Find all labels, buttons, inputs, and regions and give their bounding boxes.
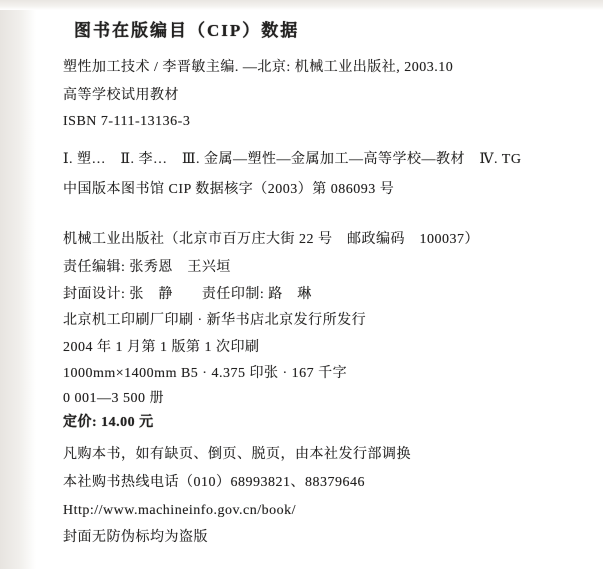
- responsible-editors-line: 责任编辑: 张秀恩 王兴垣: [63, 259, 231, 277]
- cip-heading: 图书在版编目（CIP）数据: [74, 20, 299, 42]
- cip-classification-line: Ⅰ. 塑… Ⅱ. 李… Ⅲ. 金属—塑性—金属加工—高等学校—教材 Ⅳ. TG: [63, 151, 521, 169]
- cip-series-line: 高等学校试用教材: [63, 87, 179, 105]
- scan-edge-left: [0, 0, 36, 569]
- publisher-address-line: 机械工业出版社（北京市百万庄大街 22 号 邮政编码 100037）: [63, 231, 479, 249]
- cip-record-number-line: 中国版本图书馆 CIP 数据核字（2003）第 086093 号: [63, 181, 394, 199]
- format-sheets-line: 1000mm×1400mm B5 · 4.375 印张 · 167 千字: [63, 365, 347, 383]
- print-run-line: 0 001—3 500 册: [63, 390, 164, 408]
- cover-design-print-line: 封面设计: 张 静 责任印制: 路 琳: [63, 286, 312, 304]
- scan-edge-top: [0, 0, 603, 10]
- website-line: Http://www.machineinfo.gov.cn/book/: [63, 502, 296, 520]
- edition-impression-line: 2004 年 1 月第 1 版第 1 次印刷: [63, 339, 260, 357]
- printer-distributor-line: 北京机工印刷厂印刷 · 新华书店北京发行所发行: [63, 312, 366, 330]
- book-copyright-page: 图书在版编目（CIP）数据 塑性加工技术 / 李晋敏主编. —北京: 机械工业出…: [0, 0, 603, 569]
- cip-isbn-line: ISBN 7-111-13136-3: [63, 113, 190, 131]
- antipiracy-line: 封面无防伪标均为盗版: [63, 529, 208, 547]
- price-line: 定价: 14.00 元: [63, 414, 154, 432]
- hotline-line: 本社购书热线电话（010）68993821、88379646: [63, 474, 365, 492]
- cip-title-line: 塑性加工技术 / 李晋敏主编. —北京: 机械工业出版社, 2003.10: [63, 59, 453, 77]
- replacement-notice-line: 凡购本书，如有缺页、倒页、脱页，由本社发行部调换: [63, 446, 411, 464]
